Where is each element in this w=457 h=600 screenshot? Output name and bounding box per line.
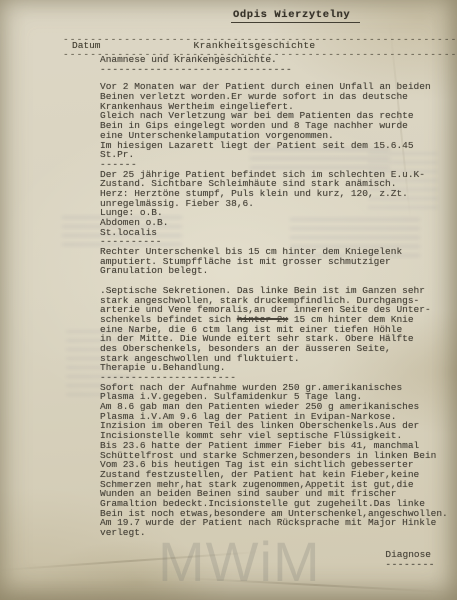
document-title: Odpis Wierzytelny — [231, 9, 360, 23]
document-body: Anamnese und Krankengeschichte.---------… — [100, 55, 451, 538]
text-line: verlegt. — [100, 528, 451, 538]
scanned-document-page: Odpis Wierzytelny ----------------------… — [0, 0, 457, 600]
text-line: Am 19.7 wurde der Patient nach Rücksprac… — [100, 518, 451, 528]
section: Therapie u.Behandlung.------------------… — [100, 363, 451, 537]
section: Anamnese und Krankengeschichte.---------… — [100, 55, 451, 150]
diagnosis-block: Diagnose -------- — [385, 550, 435, 570]
section-heading: St.Pr. — [100, 150, 451, 160]
heading-underline: ------------------------------- — [100, 65, 451, 75]
paper-crease — [180, 577, 450, 593]
text-line: Granulation belegt. — [100, 266, 451, 276]
section: St.Pr.------Der 25 jährige Patient befin… — [100, 150, 451, 228]
diagnosis-underline: -------- — [385, 560, 435, 570]
paper-crease — [0, 551, 260, 571]
archive-watermark: MWiM — [158, 534, 321, 590]
text-line: Im hiesigen Lazarett liegt der Patient s… — [100, 141, 451, 151]
section: St.localis----------Rechter Unterschenke… — [100, 228, 451, 364]
